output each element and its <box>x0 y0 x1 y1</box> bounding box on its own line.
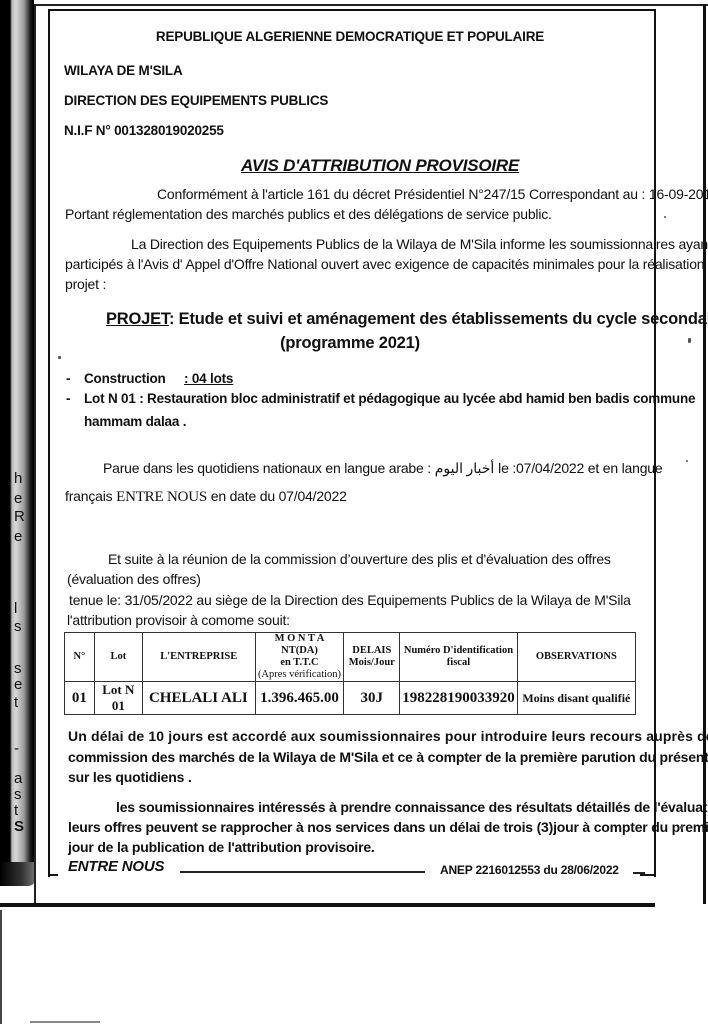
cell-delais: 30J <box>344 682 400 715</box>
page-bottom-rule <box>0 903 655 907</box>
bullet-dash: - <box>66 371 84 386</box>
consultation-line-1: les soumissionnaires intéressés à prendr… <box>116 799 708 815</box>
direction-heading: DIRECTION DES EQUIPEMENTS PUBLICS <box>64 93 328 108</box>
scan-speck <box>688 338 691 343</box>
col-header-observations: OBSERVATIONS <box>517 633 635 682</box>
binding-fragment: e <box>14 528 22 545</box>
binding-fragment: t <box>14 694 18 711</box>
commission-line-4: l'attribution provisoir à comome souit: <box>67 612 290 628</box>
bullet-dash: - <box>66 391 84 406</box>
table-header-row: N° Lot L'ENTREPRISE M O N T A NT(DA) en … <box>65 633 636 682</box>
binding-fragment: S <box>14 818 24 835</box>
binding-fragment: t <box>14 802 18 819</box>
project-line-2: (programme 2021) <box>48 334 652 353</box>
project-line-1: PROJET: Etude et suivi et aménagement de… <box>106 310 708 329</box>
footer-rule <box>180 871 425 873</box>
country-heading: REPUBLIQUE ALGERIENNE DEMOCRATIQUE ET PO… <box>48 29 652 44</box>
binding-fragment: a <box>14 770 22 787</box>
info-line-1: La Direction des Equipements Publics de … <box>131 236 708 252</box>
construction-row: Construction: 04 lots <box>84 371 233 386</box>
outer-border-left <box>34 4 36 904</box>
consultation-line-2: leurs offres peuvent se rapprocher à nos… <box>68 819 708 835</box>
intro-line-2: Portant réglementation des marchés publi… <box>65 206 552 222</box>
col-header-entreprise: L'ENTREPRISE <box>142 633 255 682</box>
col-header-nif: Numéro D'identification fiscal <box>400 633 518 682</box>
col-header-delais: DELAIS Mois/Jour <box>344 633 400 682</box>
recours-line-3: sur les quotidiens . <box>68 769 192 785</box>
binding-fragment: l <box>14 600 17 617</box>
lot-item: -Lot N 01 : Restauration bloc administra… <box>66 391 695 406</box>
cell-montant: 1.396.465.00 <box>255 682 344 715</box>
attribution-table: N° Lot L'ENTREPRISE M O N T A NT(DA) en … <box>64 632 636 715</box>
binding-fragment: - <box>14 740 19 757</box>
cell-observations: Moins disant qualifié <box>517 682 635 715</box>
recours-line-2: commission des marchés de la Wilaya de M… <box>68 749 708 765</box>
binding-fragment: s <box>14 660 22 677</box>
scan-speck <box>58 356 61 359</box>
footer-rule-end <box>633 872 645 874</box>
cell-nif: 198228190033920 <box>400 682 518 715</box>
commission-line-2: (évaluation des offres) <box>67 571 201 587</box>
scan-speck <box>664 216 666 218</box>
french-newspaper: ENTRE NOUS <box>116 489 207 505</box>
outer-border-right <box>703 4 706 904</box>
cell-entreprise: CHELALI ALI <box>142 682 255 715</box>
arabic-newspaper: أخبار اليوم <box>435 462 495 477</box>
scan-speck <box>680 826 683 829</box>
cell-no: 01 <box>65 682 95 715</box>
scan-mark <box>30 1021 100 1023</box>
footer-newspaper: ENTRE NOUS <box>68 858 164 875</box>
binding-fragment: h <box>14 470 22 487</box>
construction-item: -Construction: 04 lots <box>66 371 233 386</box>
info-line-2: participés à l'Avis d' Appel d'Offre Nat… <box>65 256 708 272</box>
binding-shadow <box>0 862 36 886</box>
commission-line-1: Et suite à la réunion de la commission d… <box>108 551 611 567</box>
binding-fragment: e <box>14 676 22 693</box>
binding-fragment: e <box>14 490 22 507</box>
recours-line-1: Un délai de 10 jours est accordé aux sou… <box>68 728 708 744</box>
scan-edge-line <box>0 910 2 1024</box>
lot-item-continued: hammam dalaa . <box>84 414 186 429</box>
wilaya-heading: WILAYA DE M'SILA <box>64 63 183 78</box>
notice-frame <box>48 9 656 877</box>
frame-corner-right <box>640 874 654 876</box>
project-description: : Etude et suivi et aménagement des étab… <box>169 310 708 328</box>
project-label: PROJET <box>106 310 169 328</box>
intro-line-1: Conformément à l'article 161 du décret P… <box>157 186 708 202</box>
col-header-lot: Lot <box>94 633 142 682</box>
publication-line-2: français ENTRE NOUS en date du 07/04/202… <box>65 488 347 506</box>
cell-lot: Lot N 01 <box>94 682 142 715</box>
table-row: 01 Lot N 01 CHELALI ALI 1.396.465.00 30J… <box>65 682 636 715</box>
info-line-3: projet : <box>65 276 106 292</box>
binding-fragment: s <box>14 618 22 635</box>
commission-line-3: tenue le: 31/05/2022 au siège de la Dire… <box>69 592 631 608</box>
col-header-montant: M O N T A NT(DA) en T.T.C (Apres vérific… <box>255 633 344 682</box>
consultation-line-3: jour de la publication de l'attribution … <box>68 839 375 855</box>
notice-title: AVIS D'ATTRIBUTION PROVISOIRE <box>241 156 519 176</box>
frame-corner-left <box>48 874 58 876</box>
footer-anep-reference: ANEP 2216012553 du 28/06/2022 <box>440 863 619 877</box>
scanned-binding-strip: h e R e l s s e t - a s t S <box>0 0 34 880</box>
col-header-no: N° <box>65 633 95 682</box>
outer-border-top <box>36 4 708 6</box>
binding-fragment: R <box>14 508 25 525</box>
binding-fragment: s <box>14 786 22 803</box>
nif-heading: N.I.F N° 001328019020255 <box>64 123 224 138</box>
publication-line-1: Parue dans les quotidiens nationaux en l… <box>103 460 662 478</box>
scan-speck <box>686 460 688 462</box>
